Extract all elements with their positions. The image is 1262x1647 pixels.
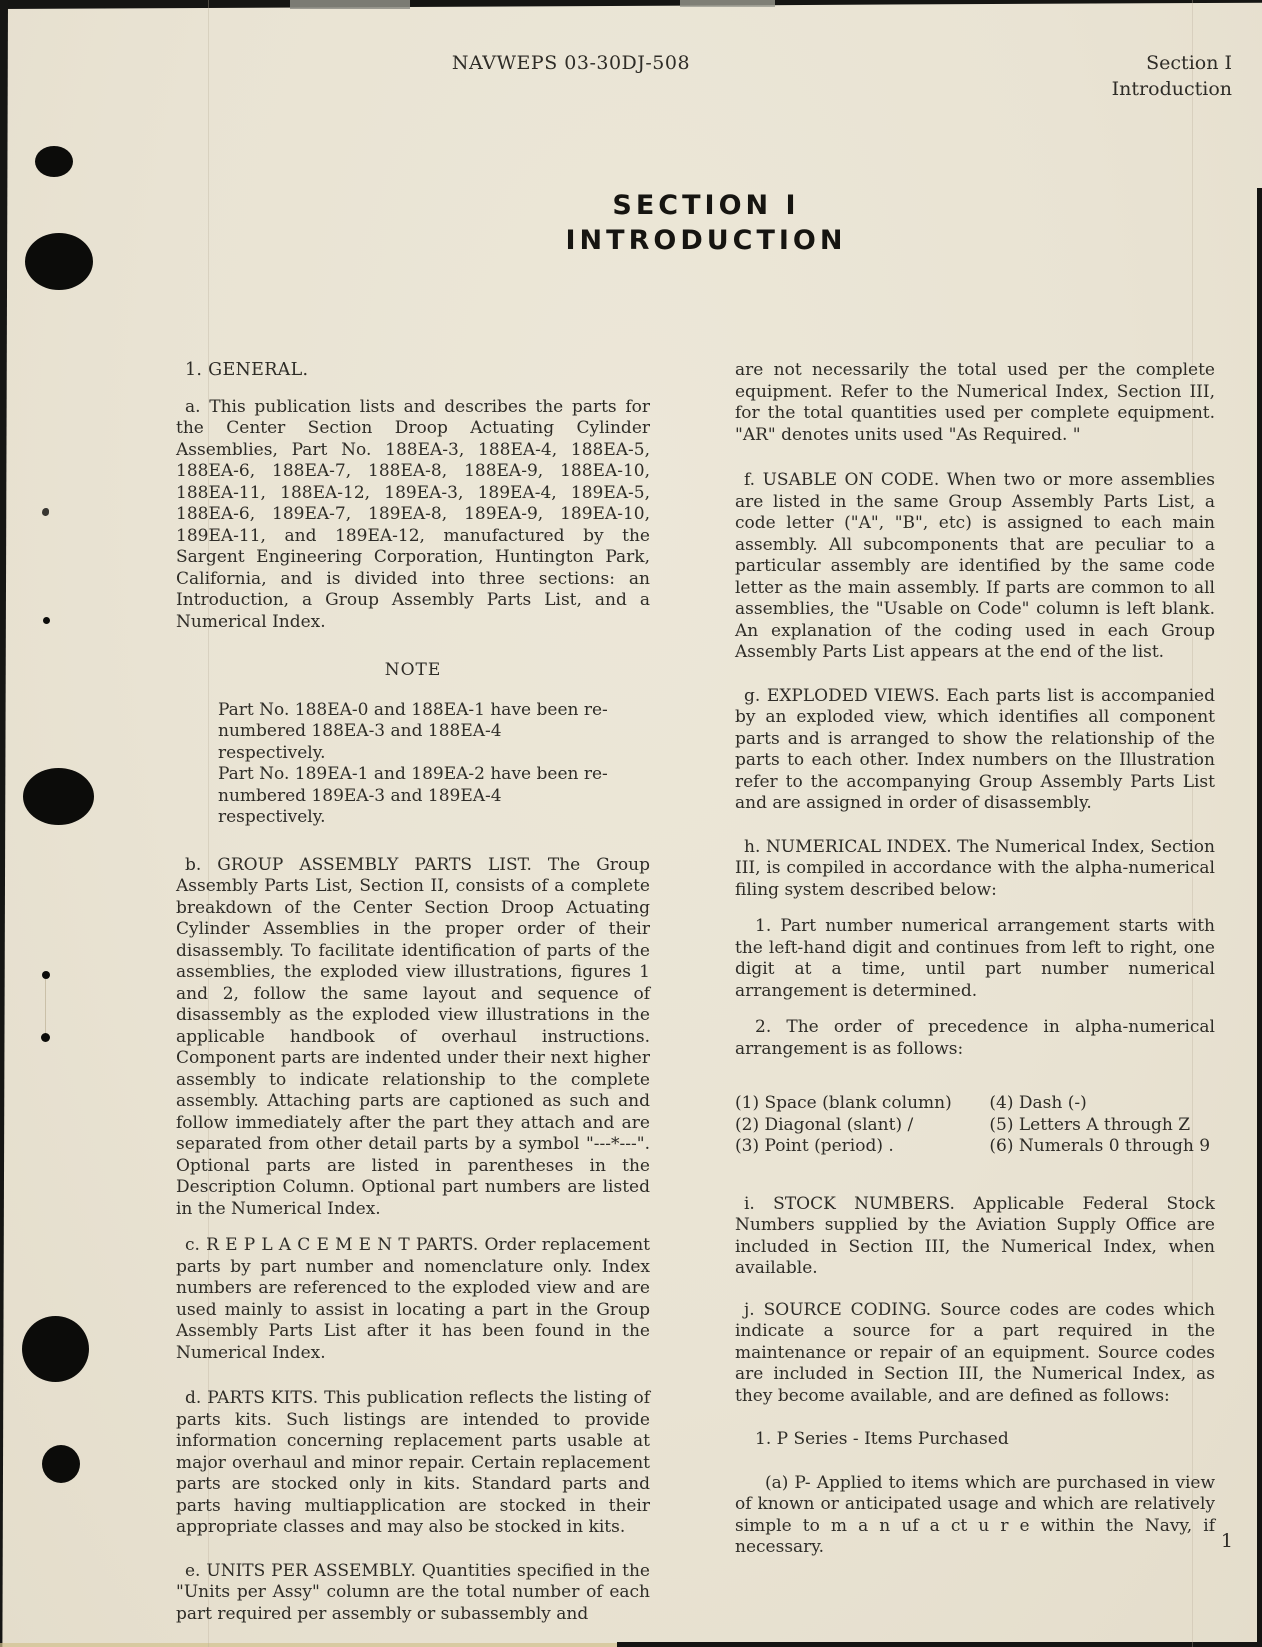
scratch-mark [45,979,46,1037]
scan-artifact [290,0,410,9]
precedence-item: (5) Letters A through Z [989,1115,1215,1137]
registration-dot [35,146,73,177]
registration-dot [23,768,94,825]
para-g: g. EXPLODED VIEWS. Each parts list is ac… [735,686,1215,815]
registration-dot [25,233,93,290]
precedence-item: (1) Space (blank column) [735,1093,989,1115]
scan-artifact [680,0,775,7]
running-section-label: Section I Introduction [1112,50,1232,102]
para-c: c. R E P L A C E M E N T PARTS. Order re… [176,1235,650,1364]
ink-speck [42,508,49,516]
para-continuation: are not necessarily the total used per t… [735,360,1215,446]
registration-dot [22,1316,89,1382]
para-b: b. GROUP ASSEMBLY PARTS LIST. The Group … [176,855,650,1221]
page-number: 1 [1221,1530,1233,1552]
scan-edge-bottom [0,1643,617,1647]
section-title: SECTION I INTRODUCTION [176,188,1236,258]
para-h: h. NUMERICAL INDEX. The Numerical Index,… [735,837,1215,902]
running-section-line1: Section I [1112,50,1232,76]
scan-edge-top [0,0,1262,9]
note-body: Part No. 188EA-0 and 188EA-1 have been r… [218,700,612,829]
scan-edge-left [0,0,8,1647]
general-heading: 1. GENERAL. [176,360,650,382]
numbered-item-2: 2. The order of precedence in alpha-nume… [735,1017,1215,1060]
scan-edge-right [1257,188,1262,1647]
para-j: j. SOURCE CODING. Source codes are codes… [735,1300,1215,1408]
para-f: f. USABLE ON CODE. When two or more asse… [735,470,1215,664]
ink-speck [42,971,50,979]
section-title-line2: INTRODUCTION [176,223,1236,258]
note-heading: NOTE [176,660,650,682]
p-series-item: 1. P Series - Items Purchased [735,1429,1215,1451]
precedence-item: (2) Diagonal (slant) / [735,1115,989,1137]
running-section-line2: Introduction [1112,76,1232,102]
document-number: NAVWEPS 03-30DJ-508 [176,52,966,74]
precedence-list-left: (1) Space (blank column) (2) Diagonal (s… [735,1093,989,1158]
precedence-item: (4) Dash (-) [989,1093,1215,1115]
left-column: 1. GENERAL. a. This publication lists an… [176,360,650,1625]
precedence-item: (6) Numerals 0 through 9 [989,1136,1215,1158]
right-column: are not necessarily the total used per t… [735,360,1215,1559]
precedence-item: (3) Point (period) . [735,1136,989,1158]
precedence-list-right: (4) Dash (-) (5) Letters A through Z (6)… [989,1093,1215,1158]
scanned-manual-page: NAVWEPS 03-30DJ-508 Section I Introducti… [0,0,1262,1647]
scan-edge-bottom [617,1642,1262,1647]
precedence-list: (1) Space (blank column) (2) Diagonal (s… [735,1093,1215,1158]
para-e: e. UNITS PER ASSEMBLY. Quantities specif… [176,1561,650,1626]
numbered-item-1: 1. Part number numerical arrangement sta… [735,916,1215,1002]
section-title-line1: SECTION I [176,188,1236,223]
registration-dot [42,1445,80,1483]
para-d: d. PARTS KITS. This publication reflects… [176,1388,650,1539]
ink-speck [43,617,50,624]
para-a: a. This publication lists and describes … [176,397,650,634]
para-p-a: (a) P- Applied to items which are purcha… [735,1473,1215,1559]
ink-speck [41,1033,50,1042]
para-i: i. STOCK NUMBERS. Applicable Federal Sto… [735,1194,1215,1280]
